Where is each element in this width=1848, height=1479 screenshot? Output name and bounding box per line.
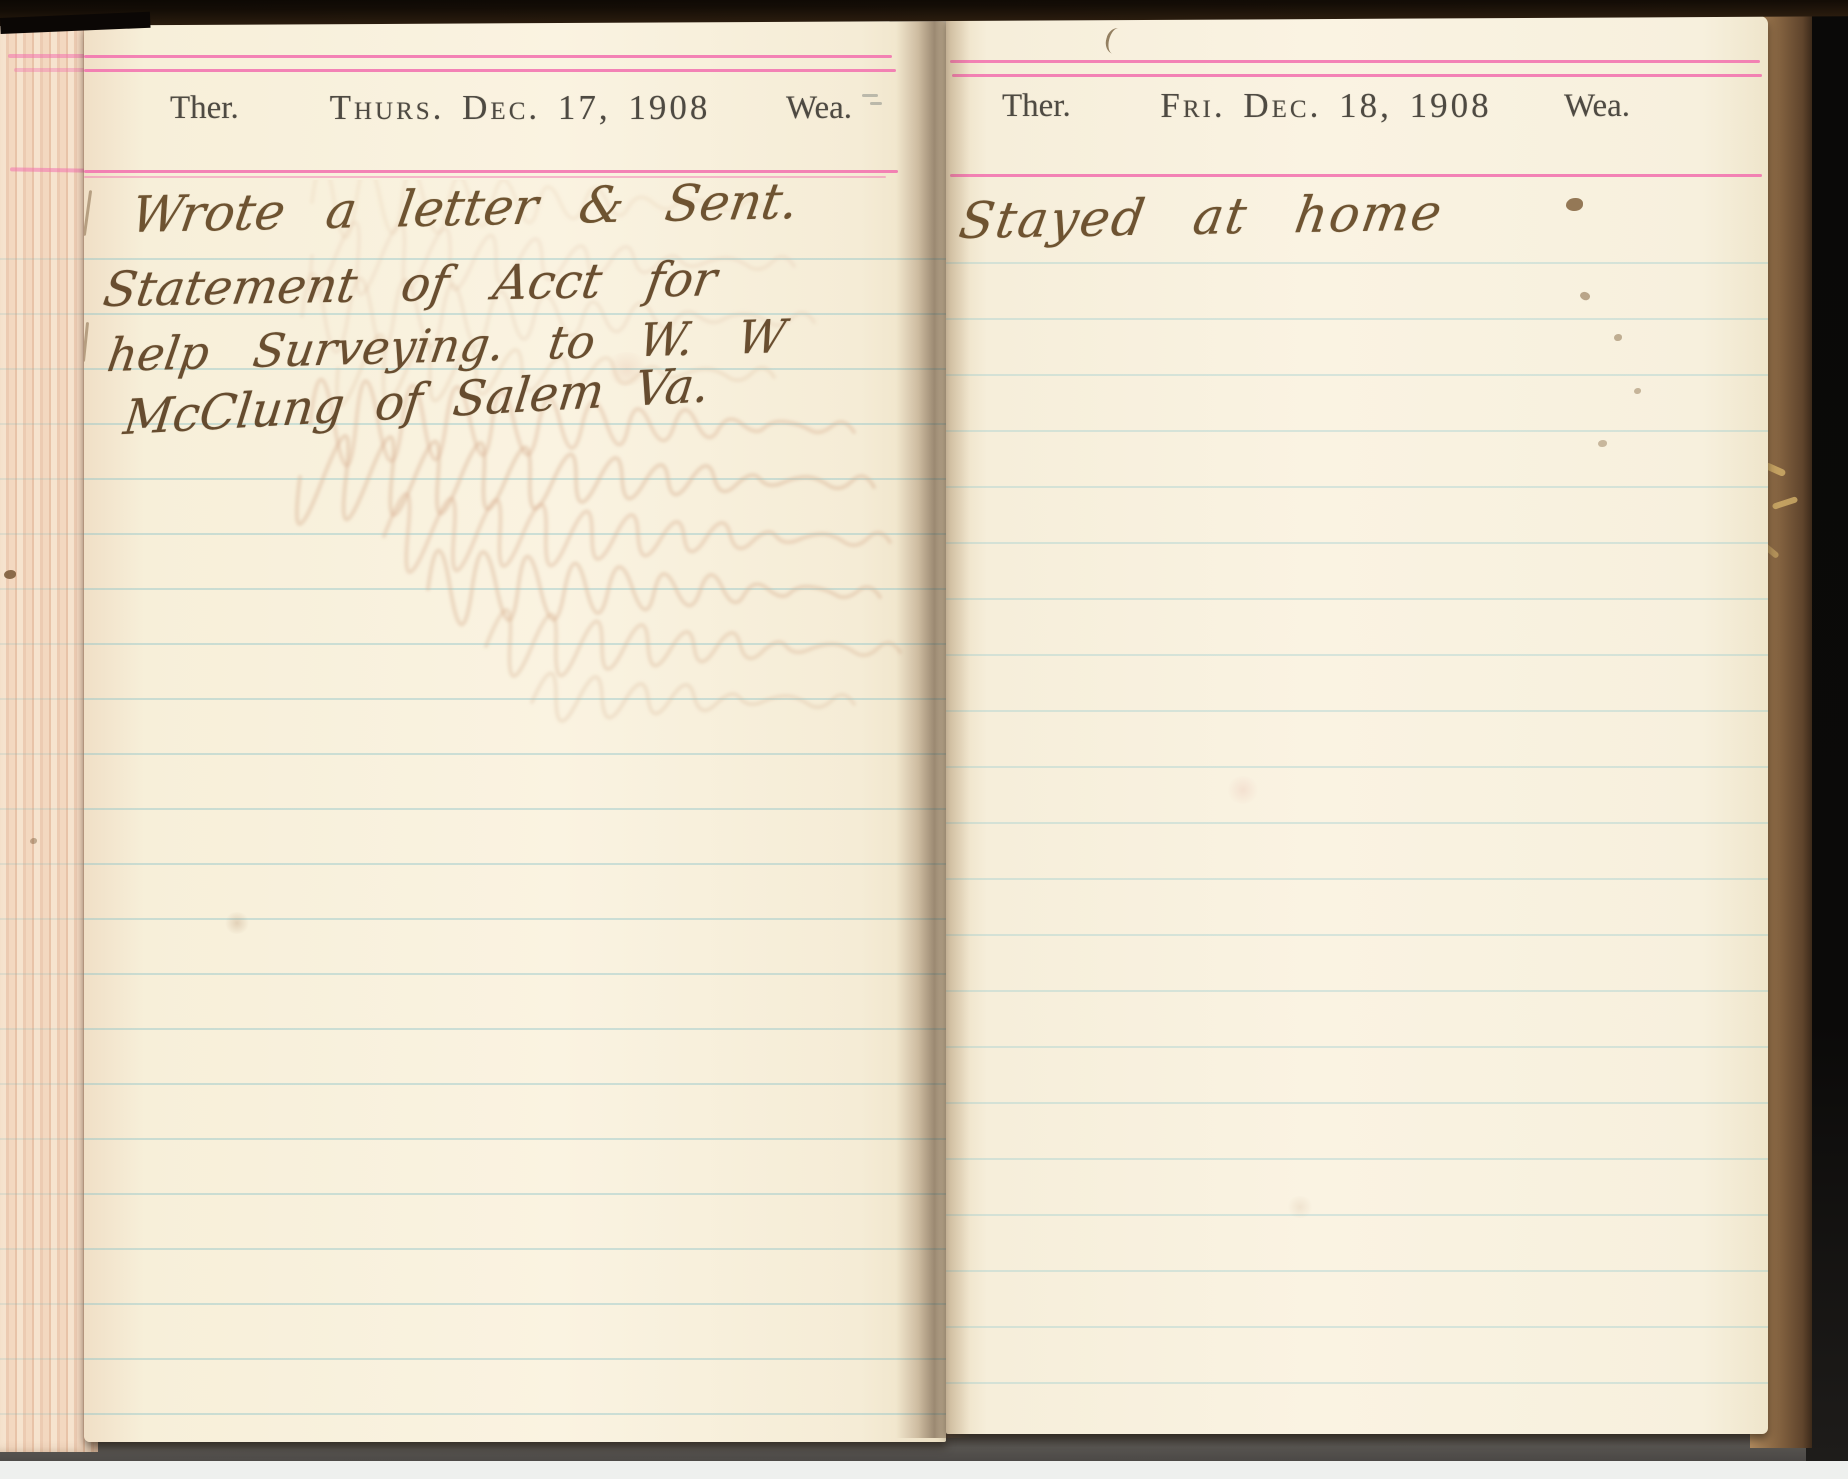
ink-speck [1614,334,1622,341]
stray-pen-mark [1103,26,1128,56]
gutter-mark [870,102,882,105]
ink-blot [1566,198,1583,211]
entry-line: Statement of Acct for [100,251,721,318]
entry-line: Wrote a letter & Sent. [127,172,802,244]
date-heading-left: Thurs. Dec. 17, 1908 [320,88,720,128]
photo-bottom-margin [0,1461,1848,1479]
pink-rule-top-2 [952,74,1762,77]
wea-label-right: Wea. [1564,88,1630,125]
ther-label-left: Ther. [170,90,239,127]
ink-speck [1634,388,1641,394]
background-shadow-right [1806,0,1848,1462]
margin-pen-stroke [84,190,92,236]
cover-scratch [1772,496,1799,510]
pink-rule-top-1 [84,55,892,58]
diary-photo: Ther. Thurs. Dec. 17, 1908 Wea. Wrote [0,0,1848,1479]
diary-page-left: Ther. Thurs. Dec. 17, 1908 Wea. Wrote [84,22,946,1442]
wea-label-left: Wea. [786,90,852,127]
entry-line: Stayed at home [955,183,1447,250]
blue-ruled-lines-right [946,262,1768,1428]
ink-speck [1598,440,1607,447]
gutter-mark [862,94,878,97]
date-heading-right: Fri. Dec. 18, 1908 [1156,86,1496,126]
pink-rule-top-1 [950,60,1760,63]
pink-rule-top-2 [84,69,896,72]
diary-page-right: Ther. Fri. Dec. 18, 1908 Wea. Stayed at … [946,16,1768,1434]
ther-label-right: Ther. [1002,88,1071,125]
pink-rule-header-bottom [950,174,1762,177]
